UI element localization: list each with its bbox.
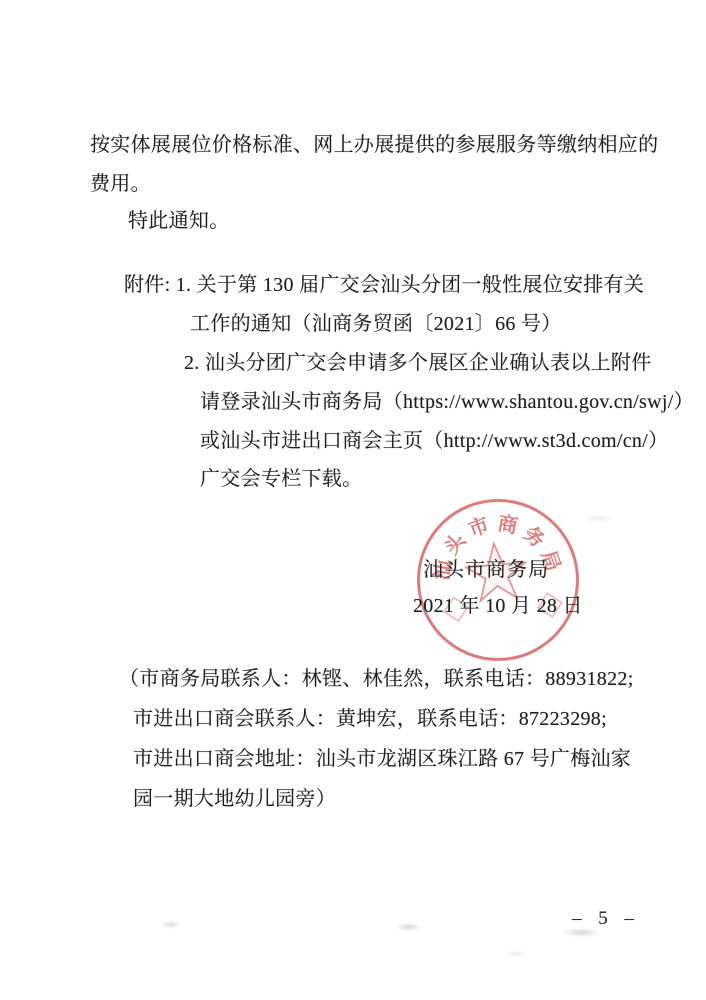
attachment-item-2-line-3: 或汕头市进出口商会主页（http://www.st3d.com/cn/） xyxy=(200,429,668,454)
document-page: 按实体展展位价格标准、网上办展提供的参展服务等缴纳相应的 费用。 特此通知。 附… xyxy=(0,0,706,1000)
attachment-item-1-line-2: 工作的通知（汕商务贸函〔2021〕66 号） xyxy=(190,312,562,337)
scan-smudge xyxy=(498,950,532,957)
attachment-item-2-line-2: 请登录汕头市商务局（https://www.shantou.gov.cn/swj… xyxy=(200,390,694,415)
seal-arc-character: 市 xyxy=(464,508,493,542)
notice-line: 特此通知。 xyxy=(128,209,230,234)
attachment-item-2-line-1: 2. 汕头分团广交会申请多个展区企业确认表以上附件 xyxy=(184,351,652,376)
body-line-fee-2: 费用。 xyxy=(90,172,151,197)
scan-smudge xyxy=(158,920,184,929)
scan-smudge xyxy=(392,922,426,932)
attachment-item-2-line-4: 广交会专栏下载。 xyxy=(200,467,362,492)
scan-smudge xyxy=(576,514,620,523)
seal-arc-character: 商 xyxy=(496,507,521,539)
scan-smudge xyxy=(555,927,607,938)
signature-date: 2021 年 10 月 28 日 xyxy=(413,594,583,619)
signature-issuer: 汕头市商务局 xyxy=(423,558,549,583)
body-line-fee-1: 按实体展展位价格标准、网上办展提供的参展服务等缴纳相应的 xyxy=(90,133,658,158)
contact-line-1: （市商务局联系人：林铿、林佳然，联系电话：88931822; xyxy=(119,667,634,692)
attachment-item-1-line-1: 附件: 1. 关于第 130 届广交会汕头分团一般性展位安排有关 xyxy=(124,273,644,298)
contact-line-2: 市进出口商会联系人：黄坤宏，联系电话：87223298; xyxy=(133,707,607,732)
contact-line-3: 市进出口商会地址：汕头市龙湖区珠江路 67 号广梅汕家 xyxy=(133,747,631,772)
contact-line-4: 园一期大地幼儿园旁） xyxy=(133,787,336,812)
